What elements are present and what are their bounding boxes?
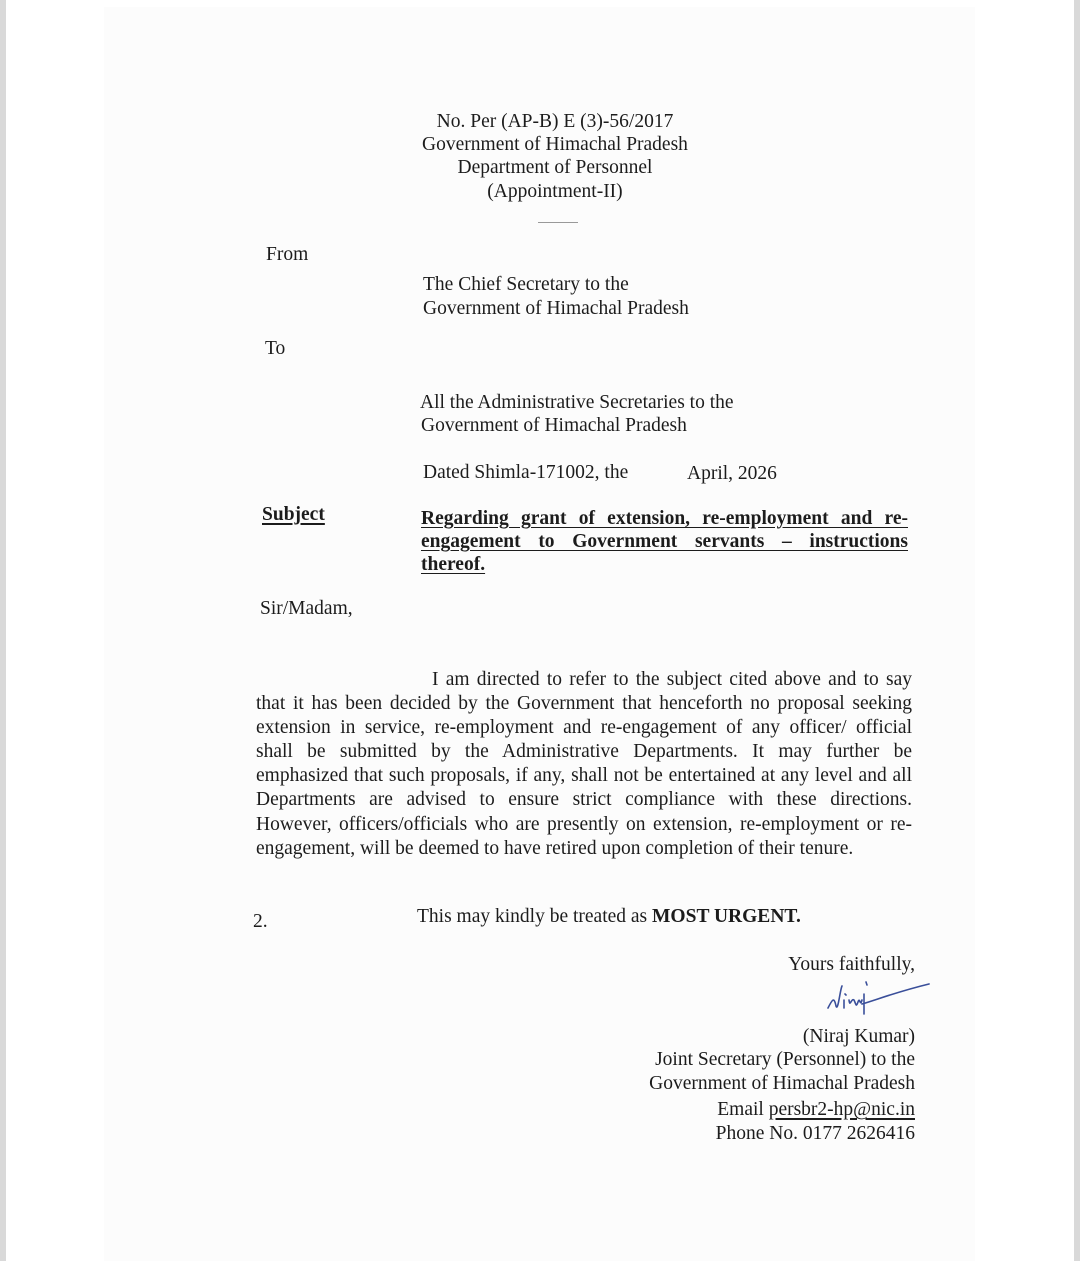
signatory-designation-1: Joint Secretary (Personnel) to the bbox=[560, 1048, 915, 1071]
signatory-name: (Niraj Kumar) bbox=[560, 1025, 915, 1048]
to-line-1: All the Administrative Secretaries to th… bbox=[420, 391, 734, 414]
subject-text: Regarding grant of extension, re-employm… bbox=[421, 507, 908, 576]
signature-icon bbox=[826, 978, 931, 1020]
paragraph-2: This may kindly be treated as MOST URGEN… bbox=[417, 905, 801, 928]
viewer-left-edge bbox=[0, 0, 6, 1261]
to-line-2: Government of Himachal Pradesh bbox=[421, 414, 687, 437]
phone-number: Phone No. 0177 2626416 bbox=[560, 1122, 915, 1145]
viewer-right-edge bbox=[1074, 0, 1080, 1261]
email-label: Email bbox=[717, 1099, 764, 1120]
government-name: Government of Himachal Pradesh bbox=[400, 133, 710, 156]
body-paragraph-1: I am directed to refer to the subject ci… bbox=[256, 668, 912, 861]
header-divider bbox=[538, 222, 578, 223]
valediction: Yours faithfully, bbox=[560, 953, 915, 976]
body-paragraph-1-text: I am directed to refer to the subject ci… bbox=[256, 669, 912, 859]
salutation: Sir/Madam, bbox=[260, 597, 353, 620]
subject-label: Subject bbox=[262, 503, 325, 526]
email-link[interactable]: persbr2-hp@nic.in bbox=[769, 1099, 915, 1120]
department-name: Department of Personnel bbox=[400, 156, 710, 179]
from-line-2: Government of Himachal Pradesh bbox=[423, 297, 689, 320]
email-line: Email persbr2-hp@nic.in bbox=[560, 1098, 915, 1121]
section-name: (Appointment-II) bbox=[400, 180, 710, 203]
most-urgent-emphasis: MOST URGENT. bbox=[652, 906, 801, 927]
from-label: From bbox=[266, 243, 308, 266]
to-label: To bbox=[265, 337, 285, 360]
dated-place: Dated Shimla-171002, the bbox=[423, 461, 628, 484]
paragraph-2-text: This may kindly be treated as bbox=[417, 906, 647, 927]
signatory-designation-2: Government of Himachal Pradesh bbox=[560, 1072, 915, 1095]
dated-date: April, 2026 bbox=[687, 462, 777, 485]
file-number: No. Per (AP-B) E (3)-56/2017 bbox=[400, 110, 710, 133]
paragraph-2-number: 2. bbox=[253, 910, 268, 933]
from-line-1: The Chief Secretary to the bbox=[423, 273, 629, 296]
